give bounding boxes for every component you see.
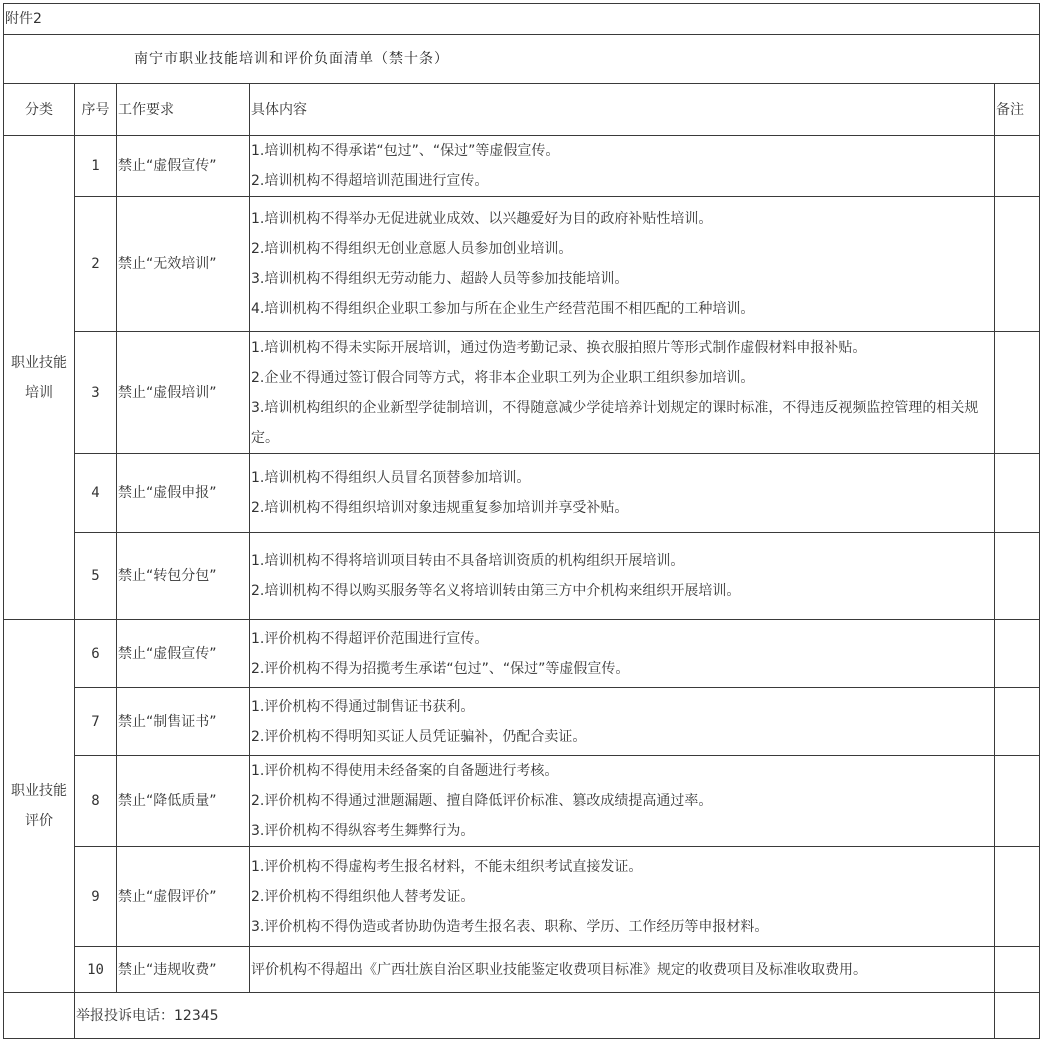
- annex-row: 附件2: [4, 4, 1040, 35]
- row-requirement: 禁止“降低质量”: [117, 756, 250, 847]
- header-remarks: 备注: [995, 84, 1040, 136]
- table-row: 2 禁止“无效培训” 1.培训机构不得举办无促进就业成效、以兴趣爱好为目的政府补…: [4, 197, 1040, 332]
- row-requirement: 禁止“虚假申报”: [117, 454, 250, 533]
- footer-remarks-cell: [995, 993, 1040, 1039]
- row-remarks: [995, 136, 1040, 197]
- footer-empty-cell: [4, 993, 75, 1039]
- category-label-line1: 职业技能: [4, 776, 74, 806]
- row-requirement: 禁止“制售证书”: [117, 688, 250, 756]
- row-number: 2: [75, 197, 117, 332]
- table-row: 7 禁止“制售证书” 1.评价机构不得通过制售证书获利。 2.评价机构不得明知买…: [4, 688, 1040, 756]
- content-item: 3.评价机构不得纵容考生舞弊行为。: [251, 816, 994, 846]
- content-item: 1.培训机构不得未实际开展培训，通过伪造考勤记录、换衣服拍照片等形式制作虚假材料…: [251, 333, 994, 363]
- content-item: 2.评价机构不得通过泄题漏题、擅自降低评价标准、篡改成绩提高通过率。: [251, 786, 994, 816]
- category-evaluation: 职业技能 评价: [4, 620, 75, 993]
- row-requirement: 禁止“虚假宣传”: [117, 620, 250, 688]
- row-requirement: 禁止“无效培训”: [117, 197, 250, 332]
- row-number: 8: [75, 756, 117, 847]
- table-row: 10 禁止“违规收费” 评价机构不得超出《广西壮族自治区职业技能鉴定收费项目标准…: [4, 947, 1040, 993]
- content-item: 2.评价机构不得组织他人替考发证。: [251, 882, 994, 912]
- row-number: 1: [75, 136, 117, 197]
- row-content: 1.培训机构不得将培训项目转由不具备培训资质的机构组织开展培训。 2.培训机构不…: [250, 533, 995, 620]
- row-remarks: [995, 454, 1040, 533]
- row-remarks: [995, 688, 1040, 756]
- content-item: 1.培训机构不得将培训项目转由不具备培训资质的机构组织开展培训。: [251, 546, 994, 576]
- row-remarks: [995, 533, 1040, 620]
- category-label-line2: 评价: [4, 806, 74, 836]
- content-item: 1.培训机构不得承诺“包过”、“保过”等虚假宣传。: [251, 136, 994, 166]
- table-row: 3 禁止“虚假培训” 1.培训机构不得未实际开展培训，通过伪造考勤记录、换衣服拍…: [4, 332, 1040, 454]
- row-number: 10: [75, 947, 117, 993]
- row-content: 评价机构不得超出《广西壮族自治区职业技能鉴定收费项目标准》规定的收费项目及标准收…: [250, 947, 995, 993]
- row-remarks: [995, 620, 1040, 688]
- content-item: 3.评价机构不得伪造或者协助伪造考生报名表、职称、学历、工作经历等申报材料。: [251, 912, 994, 942]
- row-remarks: [995, 332, 1040, 454]
- content-item: 评价机构不得超出《广西壮族自治区职业技能鉴定收费项目标准》规定的收费项目及标准收…: [251, 955, 994, 985]
- row-remarks: [995, 756, 1040, 847]
- header-number: 序号: [75, 84, 117, 136]
- row-requirement: 禁止“转包分包”: [117, 533, 250, 620]
- table-row: 职业技能 培训 1 禁止“虚假宣传” 1.培训机构不得承诺“包过”、“保过”等虚…: [4, 136, 1040, 197]
- category-training: 职业技能 培训: [4, 136, 75, 620]
- row-content: 1.培训机构不得举办无促进就业成效、以兴趣爱好为目的政府补贴性培训。 2.培训机…: [250, 197, 995, 332]
- content-item: 1.评价机构不得通过制售证书获利。: [251, 692, 994, 722]
- content-item: 2.培训机构不得组织无创业意愿人员参加创业培训。: [251, 234, 994, 264]
- content-item: 1.培训机构不得举办无促进就业成效、以兴趣爱好为目的政府补贴性培训。: [251, 204, 994, 234]
- content-item: 2.培训机构不得组织培训对象违规重复参加培训并享受补贴。: [251, 493, 994, 523]
- row-number: 5: [75, 533, 117, 620]
- header-requirement: 工作要求: [117, 84, 250, 136]
- row-content: 1.培训机构不得未实际开展培训，通过伪造考勤记录、换衣服拍照片等形式制作虚假材料…: [250, 332, 995, 454]
- row-content: 1.培训机构不得承诺“包过”、“保过”等虚假宣传。 2.培训机构不得超培训范围进…: [250, 136, 995, 197]
- title-row: 南宁市职业技能培训和评价负面清单（禁十条）: [4, 35, 1040, 84]
- content-item: 1.评价机构不得超评价范围进行宣传。: [251, 624, 994, 654]
- row-requirement: 禁止“虚假评价”: [117, 847, 250, 947]
- table-row: 4 禁止“虚假申报” 1.培训机构不得组织人员冒名顶替参加培训。 2.培训机构不…: [4, 454, 1040, 533]
- row-requirement: 禁止“虚假培训”: [117, 332, 250, 454]
- content-item: 1.培训机构不得组织人员冒名顶替参加培训。: [251, 463, 994, 493]
- row-remarks: [995, 197, 1040, 332]
- table-row: 8 禁止“降低质量” 1.评价机构不得使用未经备案的自备题进行考核。 2.评价机…: [4, 756, 1040, 847]
- table-row: 职业技能 评价 6 禁止“虚假宣传” 1.评价机构不得超评价范围进行宣传。 2.…: [4, 620, 1040, 688]
- document-title: 南宁市职业技能培训和评价负面清单（禁十条）: [4, 35, 1040, 84]
- content-item: 2.培训机构不得超培训范围进行宣传。: [251, 166, 994, 196]
- content-item: 3.培训机构组织的企业新型学徒制培训，不得随意减少学徒培养计划规定的课时标准，不…: [251, 393, 994, 453]
- row-content: 1.评价机构不得虚构考生报名材料，不能未组织考试直接发证。 2.评价机构不得组织…: [250, 847, 995, 947]
- content-item: 4.培训机构不得组织企业职工参加与所在企业生产经营范围不相匹配的工种培训。: [251, 294, 994, 324]
- table-row: 5 禁止“转包分包” 1.培训机构不得将培训项目转由不具备培训资质的机构组织开展…: [4, 533, 1040, 620]
- negative-list-table: 附件2 南宁市职业技能培训和评价负面清单（禁十条） 分类 序号 工作要求 具体内…: [3, 3, 1040, 1039]
- complaint-hotline: 举报投诉电话：12345: [75, 993, 995, 1039]
- row-number: 6: [75, 620, 117, 688]
- annex-label: 附件2: [4, 4, 1040, 35]
- header-category: 分类: [4, 84, 75, 136]
- row-number: 4: [75, 454, 117, 533]
- row-content: 1.培训机构不得组织人员冒名顶替参加培训。 2.培训机构不得组织培训对象违规重复…: [250, 454, 995, 533]
- row-number: 9: [75, 847, 117, 947]
- content-item: 3.培训机构不得组织无劳动能力、超龄人员等参加技能培训。: [251, 264, 994, 294]
- row-requirement: 禁止“违规收费”: [117, 947, 250, 993]
- row-content: 1.评价机构不得超评价范围进行宣传。 2.评价机构不得为招揽考生承诺“包过”、“…: [250, 620, 995, 688]
- row-remarks: [995, 847, 1040, 947]
- row-number: 7: [75, 688, 117, 756]
- content-item: 2.评价机构不得为招揽考生承诺“包过”、“保过”等虚假宣传。: [251, 654, 994, 684]
- content-item: 2.企业不得通过签订假合同等方式，将非本企业职工列为企业职工组织参加培训。: [251, 363, 994, 393]
- category-label-line2: 培训: [4, 378, 74, 408]
- header-content: 具体内容: [250, 84, 995, 136]
- row-remarks: [995, 947, 1040, 993]
- content-item: 1.评价机构不得虚构考生报名材料，不能未组织考试直接发证。: [251, 852, 994, 882]
- content-item: 2.评价机构不得明知买证人员凭证骗补，仍配合卖证。: [251, 722, 994, 752]
- footer-row: 举报投诉电话：12345: [4, 993, 1040, 1039]
- content-item: 2.培训机构不得以购买服务等名义将培训转由第三方中介机构来组织开展培训。: [251, 576, 994, 606]
- row-content: 1.评价机构不得使用未经备案的自备题进行考核。 2.评价机构不得通过泄题漏题、擅…: [250, 756, 995, 847]
- row-content: 1.评价机构不得通过制售证书获利。 2.评价机构不得明知买证人员凭证骗补，仍配合…: [250, 688, 995, 756]
- header-row: 分类 序号 工作要求 具体内容 备注: [4, 84, 1040, 136]
- table-row: 9 禁止“虚假评价” 1.评价机构不得虚构考生报名材料，不能未组织考试直接发证。…: [4, 847, 1040, 947]
- category-label-line1: 职业技能: [4, 348, 74, 378]
- content-item: 1.评价机构不得使用未经备案的自备题进行考核。: [251, 756, 994, 786]
- row-requirement: 禁止“虚假宣传”: [117, 136, 250, 197]
- row-number: 3: [75, 332, 117, 454]
